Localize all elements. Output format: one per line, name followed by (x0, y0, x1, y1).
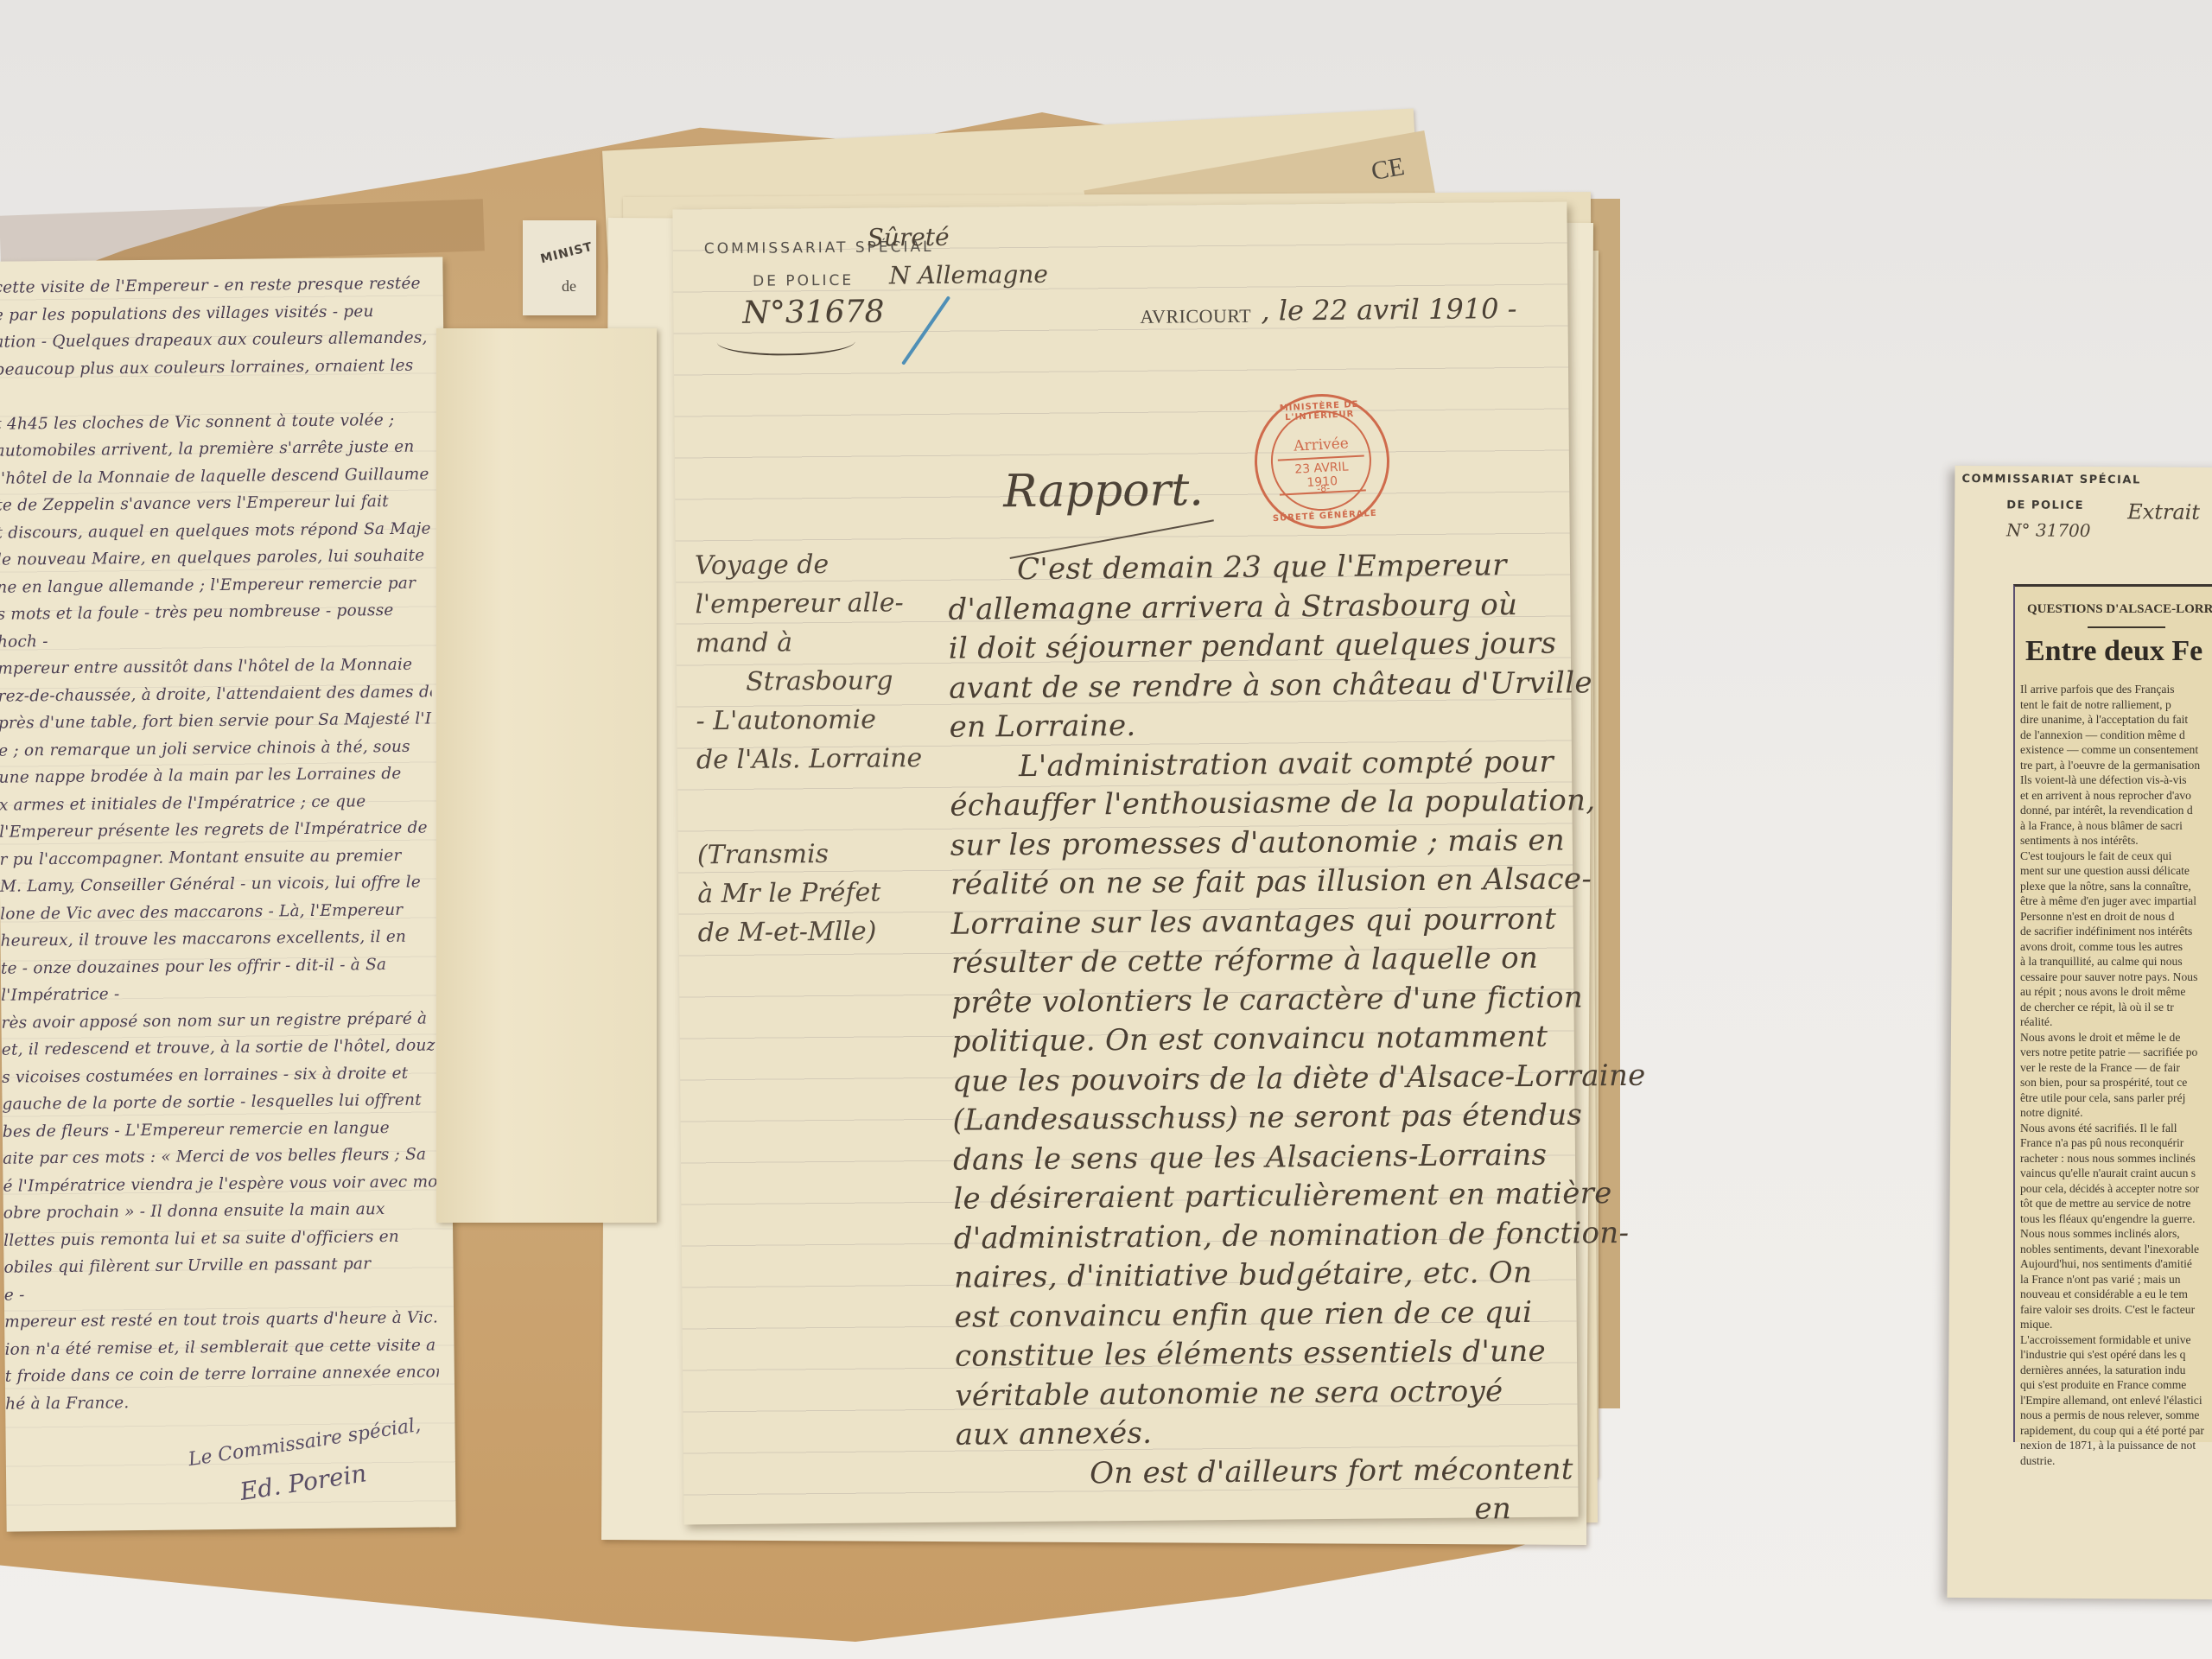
clipping-text-line: tôt que de mettre au service de notre (2020, 1196, 2212, 1211)
left-report-line: automobiles arrivent, la première s'arrê… (0, 437, 429, 460)
left-report-line: près d'une table, fort bien servie pour … (0, 709, 432, 732)
clipping-text-line: nobles sentiments, devant l'inexorable (2020, 1242, 2212, 1257)
left-report-line: x armes et initiales de l'Impératrice ; … (0, 791, 433, 814)
report-body-line: réalité on ne se fait pas illusion en Al… (950, 861, 1592, 901)
left-report-line: é l'Impératrice viendra je l'espère vous… (3, 1173, 436, 1195)
clipping-text-line: ment sur une question aussi délicate (2020, 863, 2212, 879)
clipping-kicker: QUESTIONS D'ALSACE-LORRAINE (2027, 602, 2212, 617)
newspaper-clipping: QUESTIONS D'ALSACE-LORRAINE Entre deux F… (2013, 584, 2212, 1442)
left-report-line: rès avoir apposé son nom sur un registre… (1, 1009, 435, 1032)
clipping-text-line: nous a permis de nous relever, somme (2020, 1408, 2212, 1423)
left-report-line: e par les populations des villages visit… (0, 302, 428, 324)
report-body-line: d'administration, de nomination de fonct… (954, 1215, 1630, 1255)
kicker-rule (2088, 626, 2165, 628)
margin-note-line: de l'Als. Lorraine (696, 743, 923, 775)
clipping-text-line: donné, par intérêt, la revendication d (2020, 803, 2212, 818)
report-body-line: L'administration avait compté pour (1019, 744, 1554, 783)
clipping-text-line: Aujourd'hui, nos sentiments d'amitié (2020, 1256, 2212, 1272)
letterhead-line2: DE POLICE (753, 272, 854, 290)
clipping-letterhead-line1: COMMISSARIAT SPÉCIAL (1961, 473, 2140, 486)
report-body-line: en Lorraine. (949, 709, 1135, 745)
left-report-line: cette visite de l'Empereur - en reste pr… (0, 275, 428, 297)
report-body-line: aux annexés. (956, 1416, 1153, 1452)
report-body-line: (Landesausschuss) ne seront pas étendus (952, 1097, 1582, 1137)
report-body-line: Lorraine sur les avantages qui pourront (950, 901, 1556, 941)
clipping-text-line: nouveau et considérable a eu le tem (2020, 1287, 2212, 1302)
clipping-text-line: à la France, à nous blâmer de sacri (2020, 818, 2212, 834)
clipping-headline: Entre deux Fe (2025, 635, 2202, 668)
left-report-line: te - onze douzaines pour les offrir - di… (1, 955, 435, 977)
left-report-line: bes de fleurs - L'Empereur remercie en l… (3, 1118, 436, 1141)
clipping-text-line: réalité. (2020, 1014, 2212, 1030)
left-report-line: une nappe brodée à la main par les Lorra… (0, 764, 433, 786)
signature-name: Ed. Porein (238, 1459, 368, 1506)
report-body-line: échauffer l'enthousiasme de la populatio… (950, 783, 1595, 823)
left-report-line: obre prochain » - Il donna ensuite la ma… (3, 1199, 437, 1222)
left-report-line: l'Impératrice - (1, 982, 435, 1004)
report-body-line: le désireraient particulièrement en mati… (953, 1176, 1612, 1217)
clipping-text-line: C'est toujours le fait de ceux qui (2020, 849, 2212, 864)
clipping-text-line: l'industrie qui s'est opéré dans les q (2020, 1347, 2212, 1363)
report-date: , le 22 avril 1910 - (1261, 292, 1516, 327)
main-report-page: COMMISSARIAT SPÉCIAL DE POLICE N°31678 S… (672, 202, 1578, 1525)
margin-note-line: - L'autonomie (696, 705, 876, 737)
report-body-line: constitue les éléments essentiels d'une (955, 1334, 1546, 1374)
clipping-text-line: au répit ; nous avons le droit même (2020, 984, 2212, 1000)
clipping-text-line: ver le reste de la France — de fair (2020, 1060, 2212, 1076)
folded-flap (436, 328, 657, 1223)
clipping-text-line: vers notre petite patrie — sacrifiée po (2020, 1045, 2212, 1060)
left-report-line: t froide dans ce coin de terre lorraine … (5, 1363, 439, 1385)
blue-pencil-stroke (901, 296, 950, 365)
report-body-line: On est d'ailleurs fort mécontent (1090, 1452, 1573, 1491)
left-report-line: gauche de la porte de sortie - lesquelle… (2, 1090, 435, 1113)
report-body-line: il doit séjourner pendant quelques jours (949, 626, 1557, 666)
report-body-line: C'est demain 23 que l'Empereur (1017, 548, 1507, 587)
clipping-text-line: son bien, pour sa prospérité, tout ce (2020, 1075, 2212, 1090)
report-body-line: en (1474, 1491, 1511, 1526)
left-report-line: rez-de-chaussée, à droite, l'attendaient… (0, 683, 432, 705)
left-report-line: le nouveau Maire, en quelques paroles, l… (0, 546, 430, 569)
clipping-text-line: être à même d'en juger avec impartial (2020, 893, 2212, 909)
clipping-text-line: France n'a pas pû nous reconquérir (2020, 1135, 2212, 1151)
clipping-text-line: L'accroissement formidable et unive (2020, 1332, 2212, 1348)
clipping-text-line: plexe que la nôtre, sans la connaître, (2020, 879, 2212, 894)
report-body-line: naires, d'initiative budgétaire, etc. On (954, 1255, 1532, 1295)
clipping-text-line: de sacrifier indéfiniment nos intérêts (2020, 924, 2212, 939)
report-body-line: résulter de cette réforme à laquelle on (951, 941, 1538, 981)
clipping-text-line: nexion de 1871, à la puissance de not (2020, 1438, 2212, 1453)
margin-note-line: de M-et-Mlle) (698, 917, 877, 949)
clipping-text-line: Nous avons le droit et même le de (2020, 1030, 2212, 1046)
left-report-line: t discours, auquel en quelques mots répo… (0, 519, 430, 542)
number-underline-flourish (717, 327, 855, 356)
signature-title: Le Commissaire spécial, (187, 1414, 422, 1471)
left-report-line (0, 383, 429, 387)
clipping-text-line: existence — comme un consentement (2020, 742, 2212, 758)
report-body-line: sur les promesses d'autonomie ; mais en (950, 823, 1566, 862)
margin-note-line: à Mr le Préfet (697, 877, 880, 909)
margin-note-line: Strasbourg (746, 665, 893, 696)
report-body-line: prête volontiers le caractère d'une fict… (951, 980, 1583, 1020)
clipping-text-line: Ils voient-là une défection vis-à-vis (2020, 772, 2212, 788)
clipping-text-line: être utile pour cela, sans parler préj (2020, 1090, 2212, 1106)
left-report-line: l'Empereur présente les regrets de l'Imp… (0, 818, 433, 841)
left-report-line: et, il redescend et trouve, à la sortie … (2, 1036, 435, 1058)
clipping-text-line: racheter : nous nous sommes inclinés (2020, 1151, 2212, 1166)
left-report-line: te de Zeppelin s'avance vers l'Empereur … (0, 492, 429, 514)
left-report-line: M. Lamy, Conseiller Général - un vicois,… (0, 873, 434, 895)
clipping-text-line: Nous nous sommes inclinés alors, (2020, 1226, 2212, 1242)
clipping-text-line: cessaire pour sauver notre pays. Nous (2020, 969, 2212, 985)
clipping-text-line: à la tranquillité, au calme qui nous (2020, 954, 2212, 969)
margin-note-line: Voyage de (695, 550, 829, 581)
clipping-text-line: avons droit, comme tous les autres (2020, 939, 2212, 955)
clipping-text-line: notre dignité. (2020, 1105, 2212, 1121)
partial-letterhead-text: MINIST (539, 240, 594, 266)
clipping-text-line: dustrie. (2020, 1453, 2212, 1469)
left-report-line: l'hôtel de la Monnaie de laquelle descen… (0, 465, 429, 487)
left-report-line: e ; on remarque un joli service chinois … (0, 737, 432, 760)
clipping-text-line: tre part, à l'oeuvre de la germanisation (2020, 758, 2212, 773)
left-report-line: ne en langue allemande ; l'Empereur reme… (0, 574, 430, 596)
annotation-allemagne: N Allemagne (889, 260, 1048, 290)
left-report-line: ion n'a été remise et, il semblerait que… (4, 1336, 438, 1358)
left-report-line: lone de Vic avec des maccarons - Là, l'E… (0, 900, 434, 923)
clipping-text-line: dire unanime, à l'acceptation du fait (2020, 712, 2212, 728)
left-report-line: t 4h45 les cloches de Vic sonnent à tout… (0, 410, 429, 433)
left-report-line: ation - Quelques drapeaux aux couleurs a… (0, 329, 428, 352)
background-letterhead-sheet: MINIST de (523, 220, 596, 315)
left-report-line: mpereur entre aussitôt dans l'hôtel de l… (0, 655, 431, 677)
clipping-text-line: la France n'ont pas varié ; mais un (2020, 1272, 2212, 1287)
left-report-line: hé à la France. (5, 1390, 439, 1413)
clipping-column: Il arrive parfois que des Françaistent l… (2020, 682, 2212, 1468)
report-body-line: d'allemagne arrivera à Strasbourg où (948, 588, 1517, 627)
partial-print-text: CE (1369, 152, 1407, 187)
clipping-text-line: mique. (2020, 1317, 2212, 1332)
report-body-line: véritable autonomie ne sera octroyé (955, 1374, 1503, 1414)
margin-note-line: mand à (696, 627, 793, 658)
clipping-text-line: tent le fait de notre ralliement, p (2020, 697, 2212, 713)
clipping-text-line: Personne n'est en droit de nous d (2020, 909, 2212, 925)
report-number: N°31678 (742, 294, 884, 330)
clipping-text-line: dernières années, la saturation indu (2020, 1363, 2212, 1378)
left-report-line: s vicoises costumées en lorraines - six … (2, 1064, 435, 1086)
left-report-line: heureux, il trouve les maccarons excelle… (0, 927, 434, 950)
report-body-line: que les pouvoirs de la diète d'Alsace-Lo… (952, 1058, 1646, 1098)
left-report-line: hoch - (0, 628, 431, 651)
clipping-text-line: de l'annexion — condition même d (2020, 728, 2212, 743)
clipping-annotation: Extrait (2127, 499, 2200, 524)
left-report-line: e - (4, 1281, 438, 1304)
clipping-text-line: vaincus qu'elle n'aurait craint aucun s (2020, 1166, 2212, 1181)
clipping-text-line: qui s'est produite en France comme (2020, 1377, 2212, 1393)
report-body-line: politique. On est convaincu notamment (952, 1020, 1548, 1059)
clipping-text-line: faire valoir ses droits. C'est le facteu… (2020, 1302, 2212, 1318)
margin-note-line: (Transmis (697, 839, 829, 870)
annotation-surete: Sûreté (868, 223, 950, 252)
clipping-letterhead-line2: DE POLICE (2006, 499, 2084, 512)
left-report-line: beaucoup plus aux couleurs lorraines, or… (0, 356, 429, 378)
report-body-line: est convaincu enfin que rien de ce qui (954, 1294, 1532, 1334)
report-body-line: avant de se rendre à son château d'Urvil… (949, 665, 1592, 705)
clipping-text-line: tous les fléaux qu'engendre la guerre. (2020, 1211, 2212, 1227)
left-report-line: obiles qui filèrent sur Urville en passa… (3, 1254, 437, 1276)
partial-letterhead-text: de (562, 277, 576, 296)
left-report-line: llettes puis remonta lui et sa suite d'o… (3, 1227, 437, 1249)
clipping-text-line: Nous avons été sacrifiés. Il le fall (2020, 1121, 2212, 1136)
clipping-text-line: sentiments à nos intérêts. (2020, 833, 2212, 849)
left-report-line: aite par ces mots : « Merci de vos belle… (3, 1145, 436, 1167)
left-report-page: cette visite de l'Empereur - en reste pr… (0, 257, 456, 1531)
report-title: Rapport. (1003, 464, 1204, 518)
left-report-line: s mots et la foule - très peu nombreuse … (0, 601, 431, 623)
clipping-text-line: Il arrive parfois que des Français (2020, 682, 2212, 697)
place-avricourt: AVRICOURT (1140, 305, 1251, 328)
clipping-number: N° 31700 (2006, 519, 2091, 541)
clipping-text-line: de chercher ce répit, là où il se tr (2020, 1000, 2212, 1015)
clipping-text-line: l'Empire allemand, ont enlevé l'élastici (2020, 1393, 2212, 1408)
left-report-line: mpereur est resté en tout trois quarts d… (4, 1308, 438, 1331)
report-body-line: dans le sens que les Alsaciens-Lorrains (953, 1137, 1548, 1177)
clipping-text-line: pour cela, décidés à accepter notre sor (2020, 1181, 2212, 1197)
clipping-text-line: et en arrivent à nous reprocher d'avo (2020, 788, 2212, 804)
clipping-text-line: rapidement, du coup qui a été porté par (2020, 1423, 2212, 1439)
margin-note-line: l'empereur alle- (695, 588, 904, 620)
left-report-line: r pu l'accompagner. Montant ensuite au p… (0, 846, 434, 868)
